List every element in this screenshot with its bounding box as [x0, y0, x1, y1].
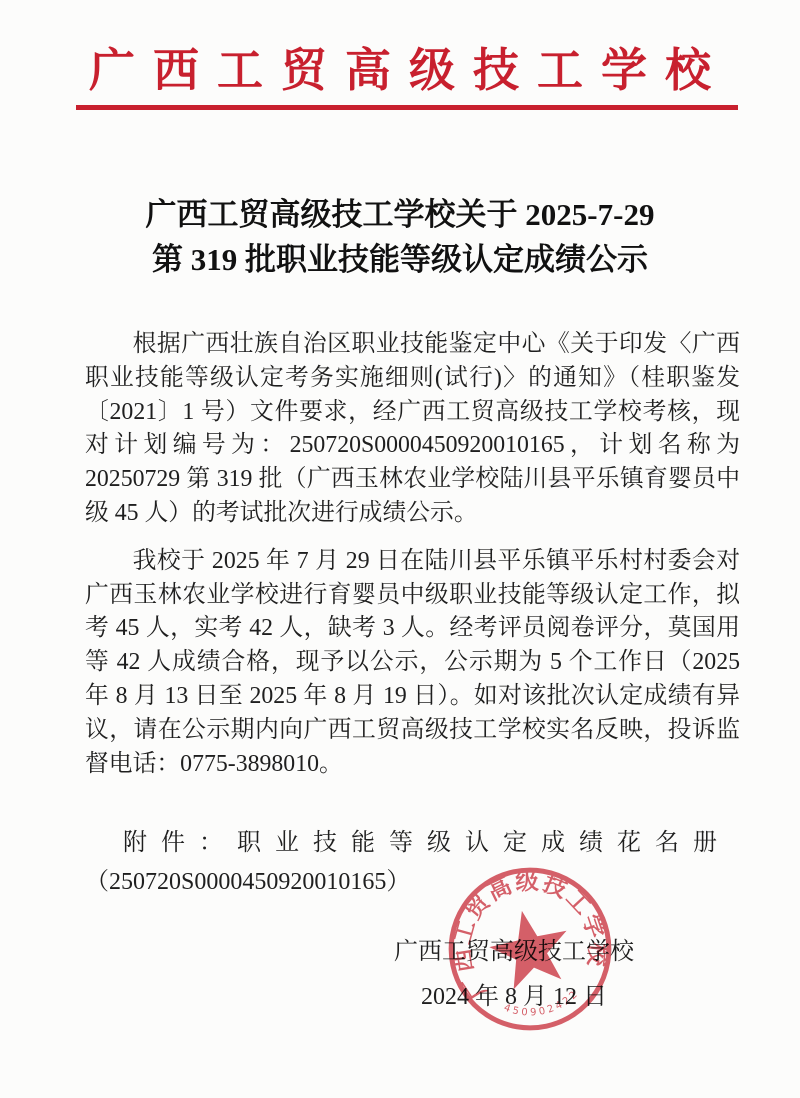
document-page: 广西工贸高级技工学校 广西工贸高级技工学校关于 2025-7-29 第 319 …: [0, 0, 800, 1098]
body-paragraph-2: 我校于 2025 年 7 月 29 日在陆川县平乐镇平乐村村委会对广西玉林农业学…: [85, 545, 740, 782]
body-paragraph-1: 根据广西壮族自治区职业技能鉴定中心《关于印发〈广西职业技能等级认定考务实施细则(…: [85, 328, 740, 531]
attachment-section: 附件：职业技能等级认定成绩花名册 （250720S000045092001016…: [85, 827, 740, 900]
signature-org: 广西工贸高级技工学校: [394, 935, 634, 969]
signature-inner: 广西工贸高级技工学校 2024 年 8 月 12 日: [394, 935, 634, 1014]
attachment-label: 附件：职业技能等级认定成绩花名册: [85, 827, 740, 861]
letterhead-school-name: 广西工贸高级技工学校: [0, 46, 800, 96]
letterhead-rule: [76, 105, 738, 110]
document-title: 广西工贸高级技工学校关于 2025-7-29 第 319 批职业技能等级认定成绩…: [0, 192, 800, 282]
signature-block: 广西工贸高级技工学校 2024 年 8 月 12 日: [0, 935, 634, 1014]
document-title-line-1: 广西工贸高级技工学校关于 2025-7-29: [0, 192, 800, 237]
attachment-code: （250720S0000450920010165）: [85, 866, 740, 900]
document-body: 根据广西壮族自治区职业技能鉴定中心《关于印发〈广西职业技能等级认定考务实施细则(…: [85, 328, 740, 781]
signature-date: 2024 年 8 月 12 日: [394, 980, 634, 1014]
document-title-line-2: 第 319 批职业技能等级认定成绩公示: [0, 237, 800, 282]
